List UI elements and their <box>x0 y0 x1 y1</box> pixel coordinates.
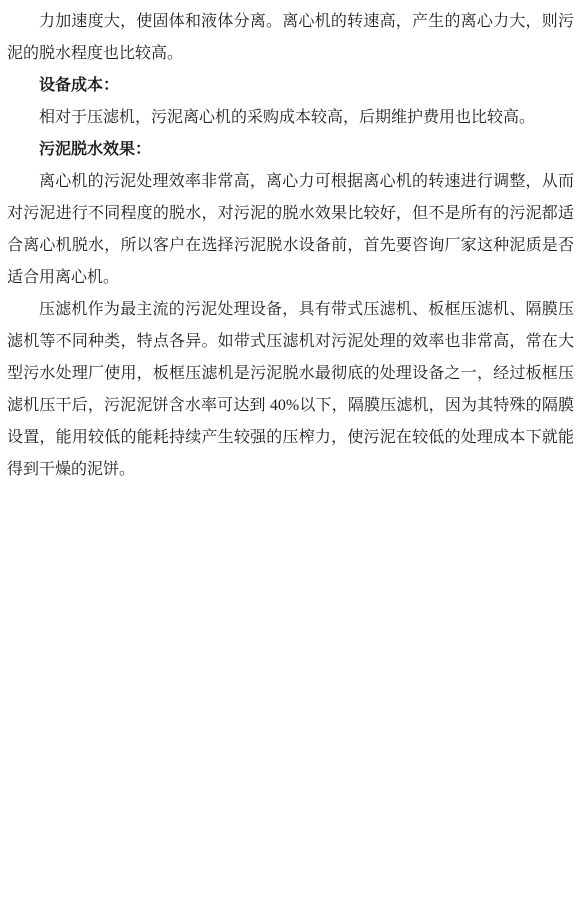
paragraph-cost-comparison: 相对于压滤机，污泥离心机的采购成本较高，后期维护费用也比较高。 <box>7 102 574 134</box>
paragraph-filter-press-types: 压滤机作为最主流的污泥处理设备，具有带式压滤机、板框压滤机、隔膜压滤机等不同种类… <box>7 294 574 486</box>
paragraph-centrifuge-effect: 离心机的污泥处理效率非常高，离心力可根据离心机的转速进行调整，从而对污泥进行不同… <box>7 166 574 294</box>
document-body: 力加速度大，使固体和液体分离。离心机的转速高，产生的离心力大，则污泥的脱水程度也… <box>7 6 574 486</box>
heading-sludge-dewatering-effect: 污泥脱水效果： <box>7 134 574 166</box>
paragraph-centrifuge-dewatering-degree: 力加速度大，使固体和液体分离。离心机的转速高，产生的离心力大，则污泥的脱水程度也… <box>7 6 574 70</box>
heading-equipment-cost: 设备成本： <box>7 70 574 102</box>
document-page: 力加速度大，使固体和液体分离。离心机的转速高，产生的离心力大，则污泥的脱水程度也… <box>0 0 582 914</box>
